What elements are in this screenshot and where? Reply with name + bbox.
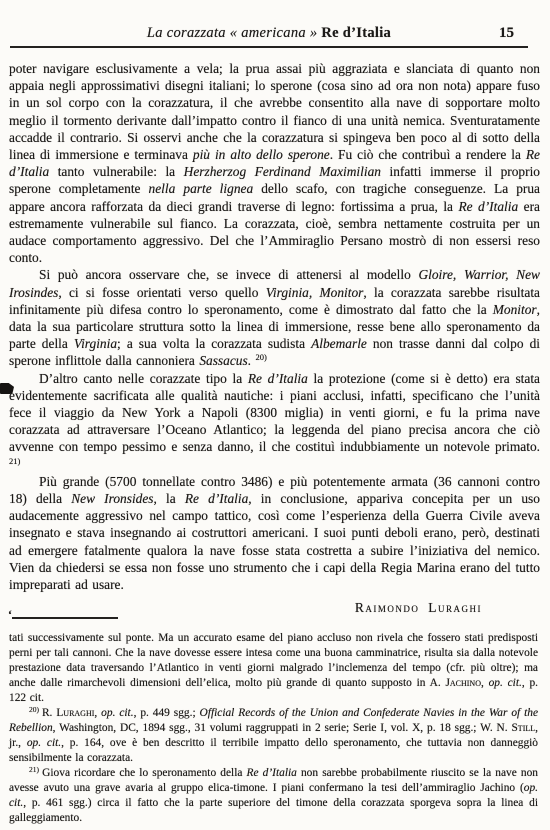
text-segment: più in alto dello sperone	[193, 147, 330, 162]
text-segment: Luraghi	[56, 707, 94, 719]
text-segment: New Ironsides	[71, 491, 153, 506]
footnote-ref: 20)	[29, 705, 42, 714]
footnote-separator-line	[12, 617, 118, 619]
text-segment: , ci si fosse orientati verso quello	[58, 285, 265, 300]
text-segment: La corazzata « americana »	[147, 25, 321, 41]
footnote-21: 21) Giova ricordare che lo speronamento …	[9, 766, 538, 826]
footnote-ref: 20)	[255, 352, 266, 362]
text-segment: Re d’Italia	[248, 371, 308, 386]
page-header: La corazzata « americana » Re d’Italia 1…	[10, 25, 528, 45]
body-text: poter navigare esclusivamente a vela; la…	[9, 60, 540, 617]
text-segment: Still	[511, 722, 535, 734]
text-segment: , Washington, DC, 1894 sgg., 31 volumi r…	[53, 722, 512, 734]
text-segment: Jachino	[445, 677, 481, 689]
paragraph-3: D’altro canto nelle corazzate tipo la Re…	[9, 370, 540, 473]
text-segment: , in conclusione, appariva concepita per…	[9, 491, 540, 592]
paragraph-2: Si può ancora osservare che, se invece d…	[9, 266, 540, 369]
text-segment: D’altro canto nelle corazzate tipo la	[39, 371, 248, 386]
footnote-20: 20) R. Luraghi, op. cit., p. 449 sgg.; O…	[9, 706, 538, 766]
footnote-continuation: tati successivamente sul ponte. Ma un ac…	[9, 631, 538, 706]
footnote-separator-tick: ‘	[8, 607, 12, 622]
footnote-ref: 21)	[29, 765, 42, 774]
book-page: La corazzata « americana » Re d’Italia 1…	[0, 0, 550, 830]
text-segment: . Fu ciò che contribuì a rendere la	[330, 147, 526, 162]
footnote-ref: 21)	[9, 456, 20, 466]
text-segment: Re d’Italia	[185, 491, 248, 506]
footnote-separator: ‘	[8, 610, 118, 620]
text-segment: , la	[154, 491, 185, 506]
text-segment: op. cit.	[101, 707, 133, 719]
running-title: La corazzata « americana » Re d’Italia	[10, 25, 528, 42]
text-segment: Re d’Italia	[458, 199, 518, 214]
text-segment: Re d’Italia	[247, 767, 297, 779]
text-segment: , p. 461 sgg.) circa il fatto che la par…	[9, 797, 538, 824]
paragraph-4: Più grande (5700 tonnellate contro 3486)…	[9, 473, 540, 593]
text-segment: Monitor	[493, 302, 537, 317]
text-segment: , p. 449 sgg.;	[134, 707, 200, 719]
text-segment: Sassacus	[199, 353, 247, 368]
text-segment: ; a sua volta la corazzata sudista	[117, 336, 311, 351]
text-segment: op. cit.	[27, 737, 61, 749]
text-segment: nella parte lignea	[149, 181, 254, 196]
text-segment: Herzherzog Ferdinand Maximilian	[184, 164, 381, 179]
text-segment: tanto vulnerabile: la	[49, 164, 183, 179]
text-segment: Albemarle	[311, 336, 367, 351]
header-rule	[10, 46, 528, 48]
text-segment: Si può ancora osservare che, se invece d…	[39, 267, 418, 282]
text-segment: op. cit.	[489, 677, 522, 689]
text-segment: Virginia	[74, 336, 117, 351]
paragraph-1: poter navigare esclusivamente a vela; la…	[9, 60, 540, 266]
text-segment: Virginia, Monitor	[266, 285, 364, 300]
text-segment: , p. 164, ove è ben descritto il terribi…	[9, 737, 538, 764]
footnotes: tati successivamente sul ponte. Ma un ac…	[9, 631, 538, 826]
page-number: 15	[499, 25, 514, 42]
text-segment: Giova ricordare che lo speronamento dell…	[42, 767, 246, 779]
text-segment: Re d’Italia	[321, 25, 391, 41]
text-segment: R.	[42, 707, 56, 719]
text-segment: ,	[481, 677, 489, 689]
